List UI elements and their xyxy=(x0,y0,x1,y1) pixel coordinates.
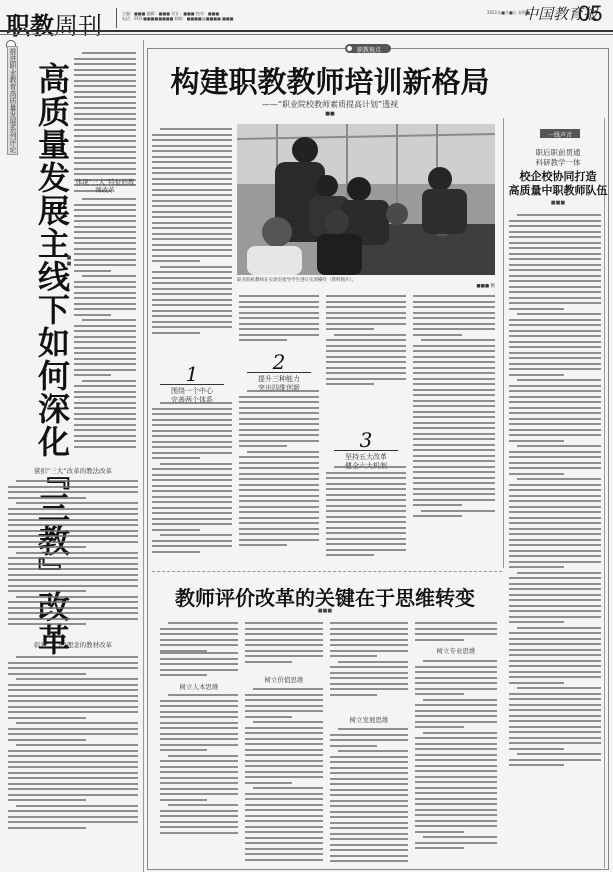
sidebar-tag-label: 一线声音 xyxy=(540,130,580,139)
second-article-author: ■■■ xyxy=(150,608,500,614)
caption-text: 职业院校教师在实训室指导学生进行实训操作（资料图片）。 xyxy=(237,278,356,283)
masthead-separator xyxy=(116,8,117,28)
left-body-col-mid xyxy=(74,198,136,448)
classroom-photo-illustration xyxy=(237,124,495,275)
section-number: 2 xyxy=(239,352,319,372)
contact-line: 电话：010-■■■■■■■■ 邮箱：■■■■@■■■■.■■■ xyxy=(122,16,233,21)
main-body-col-1-bottom xyxy=(152,402,232,570)
section-name: 职教周刊 xyxy=(6,6,102,41)
column-rule xyxy=(143,40,144,872)
sidebar-kicker-line: 科研教学一体 xyxy=(508,158,608,168)
left-body-wide-2 xyxy=(8,656,138,868)
main-body-col-2-top xyxy=(239,295,319,355)
second-body-col-1-bottom xyxy=(160,694,238,864)
main-article-title: 构建职教教师培训新格局 xyxy=(150,60,510,101)
second-body-col-2-bottom xyxy=(245,688,323,864)
main-body-col-4 xyxy=(413,295,495,570)
second-subhead-1: 树立人本思维 xyxy=(160,682,238,691)
second-article-title: 教师评价改革的关键在于思维转变 xyxy=(150,582,500,611)
main-body-col-1-top xyxy=(152,128,232,360)
main-body-col-2-bottom xyxy=(239,390,319,570)
section-number: 3 xyxy=(326,430,406,450)
sidebar-title: 校企校协同打造 高质量中职教师队伍 xyxy=(508,170,608,198)
photo-credit: ■■■ 摄 xyxy=(237,284,495,290)
second-body-col-4-bottom xyxy=(415,660,497,864)
left-subhead-1: 体现“三大”特征的教师改革 xyxy=(74,178,136,194)
main-article-subtitle: ——“职业院校教师素质提高计划”透视 xyxy=(150,99,510,110)
section-name-light: 周刊 xyxy=(54,12,102,40)
left-subhead-2: 紧扣“三大”改革的教法改革 xyxy=(8,466,138,475)
section-title-line: 坚持五大改革 xyxy=(326,453,406,462)
left-body-wide-1 xyxy=(8,480,138,638)
sidebar-tag: 一线声音 xyxy=(540,129,580,138)
left-byline: ■■ xyxy=(66,255,72,267)
section-heading-3: 3 坚持五大改革 健全六大机制 xyxy=(326,430,406,471)
column-tag-label: 职教视点 xyxy=(357,45,381,54)
second-body-col-2-top xyxy=(245,622,323,670)
second-body-col-3-top xyxy=(330,622,408,712)
second-subhead-2: 树立价值思维 xyxy=(245,675,323,684)
left-body-col-top xyxy=(74,52,136,194)
sidebar-kicker: 职后职前贯通 科研教学一体 xyxy=(508,148,608,168)
second-body-col-1 xyxy=(160,622,238,652)
masthead-rule-thin xyxy=(0,34,613,35)
main-article-author: ■■ xyxy=(150,111,510,117)
sidebar-body xyxy=(509,214,601,862)
section-name-bold: 职教 xyxy=(6,12,54,40)
second-subhead-3: 树立发展思维 xyxy=(330,715,408,724)
editors-info: 主编：■■■ 编辑：■■■ 设计：■■■ 校对：■■■ 电话：010-■■■■■… xyxy=(122,11,233,21)
sidebar-rule xyxy=(503,118,504,568)
article-divider xyxy=(152,571,502,572)
second-subhead-4: 树立专业思维 xyxy=(415,646,497,655)
masthead-rule xyxy=(0,30,613,32)
sidebar-title-line: 校企校协同打造 xyxy=(508,170,608,184)
second-body-col-3-bottom xyxy=(330,728,408,864)
series-tag: 推进职业教育高质量发展系列评论 xyxy=(7,46,18,155)
section-number: 1 xyxy=(152,364,232,384)
main-body-col-3-bottom xyxy=(326,466,406,570)
left-subhead-3: 彰显“三大”理念的教材改革 xyxy=(8,640,138,649)
article-photo xyxy=(237,124,495,275)
page-number: 05 xyxy=(578,1,602,27)
section-heading-1: 1 围绕一个中心 完善两个体系 xyxy=(152,364,232,405)
section-heading-2: 2 提升三种能力 突出四维创新 xyxy=(239,352,319,393)
main-body-col-3-top xyxy=(326,295,406,417)
sidebar-kicker-line: 职后职前贯通 xyxy=(508,148,608,158)
sidebar-rule-right xyxy=(604,118,605,868)
photo-caption: 职业院校教师在实训室指导学生进行实训操作（资料图片）。 ■■■ 摄 xyxy=(237,278,495,290)
sidebar-title-line: 高质量中职教师队伍 xyxy=(508,184,608,198)
second-body-col-1-cont xyxy=(160,652,238,680)
column-tag: 职教视点 xyxy=(345,44,391,53)
sidebar-author: ■■■ xyxy=(508,200,608,206)
section-title-line: 围绕一个中心 xyxy=(152,387,232,396)
tag-dot-icon xyxy=(347,46,352,51)
section-title-line: 提升三种能力 xyxy=(239,375,319,384)
